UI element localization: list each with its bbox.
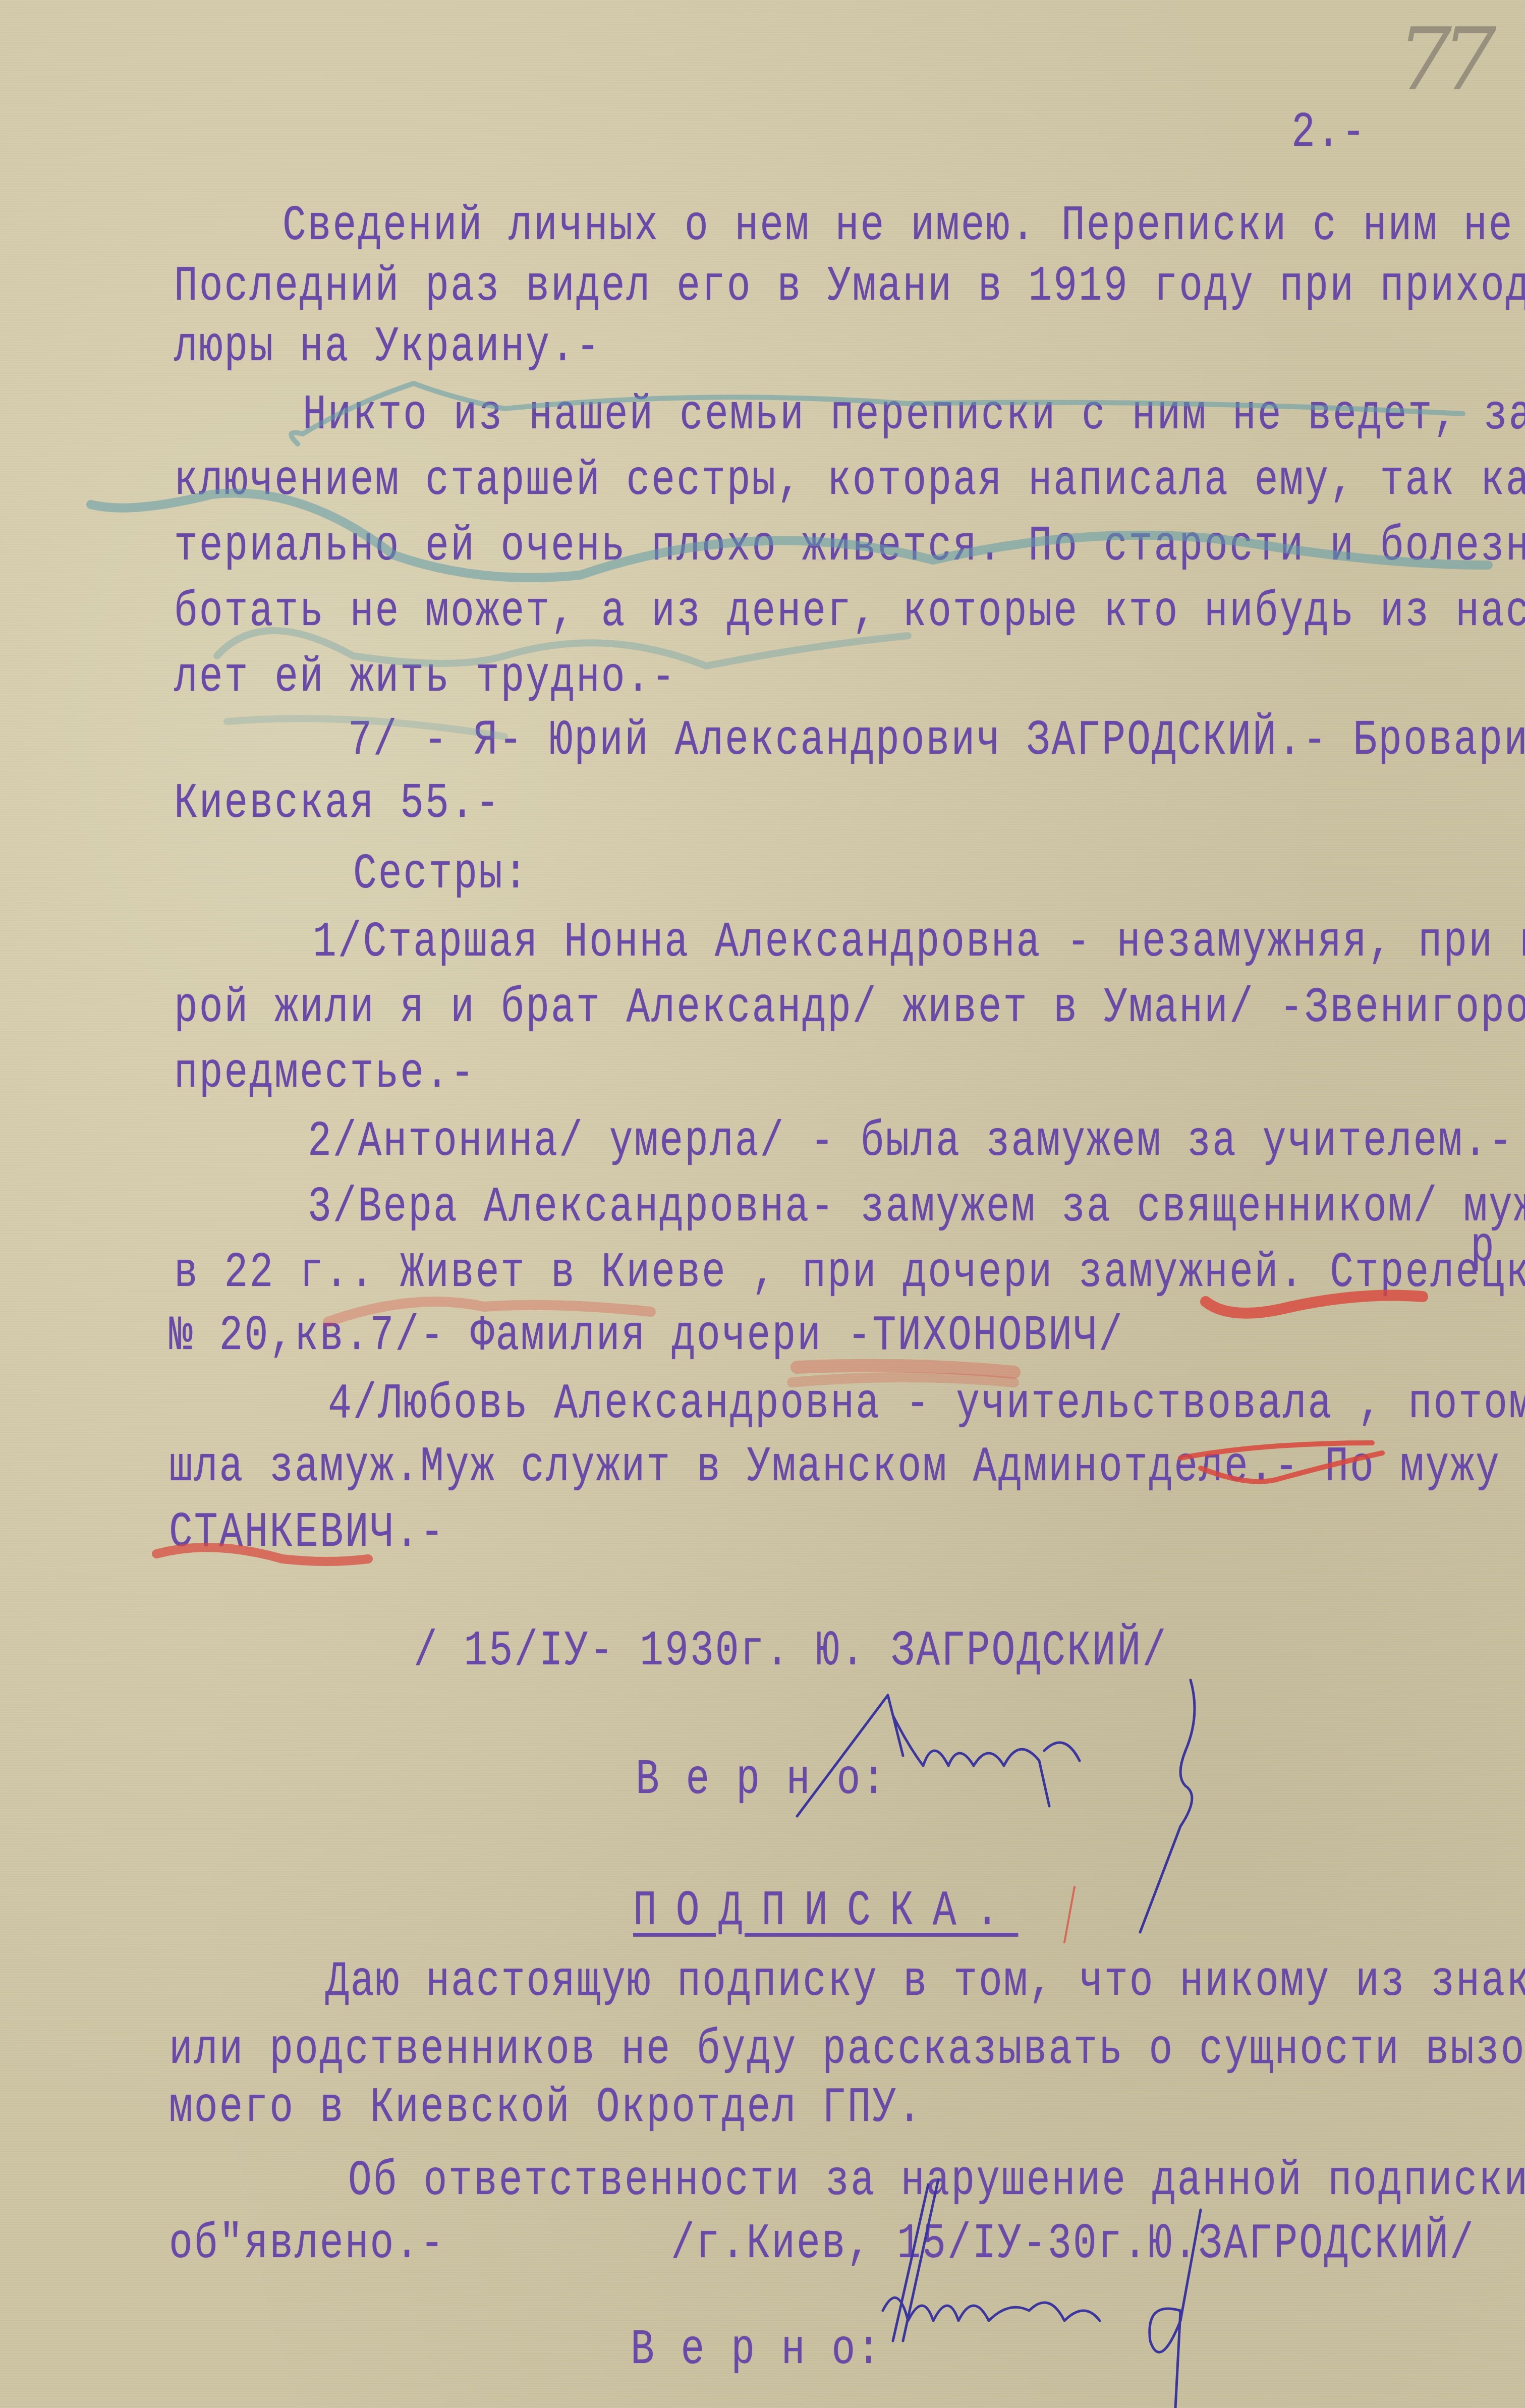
- document-page: 77 2.- Сведений личных о нем не имею. Пе…: [0, 0, 1525, 2408]
- handwritten-signature-2: [0, 0, 1525, 2408]
